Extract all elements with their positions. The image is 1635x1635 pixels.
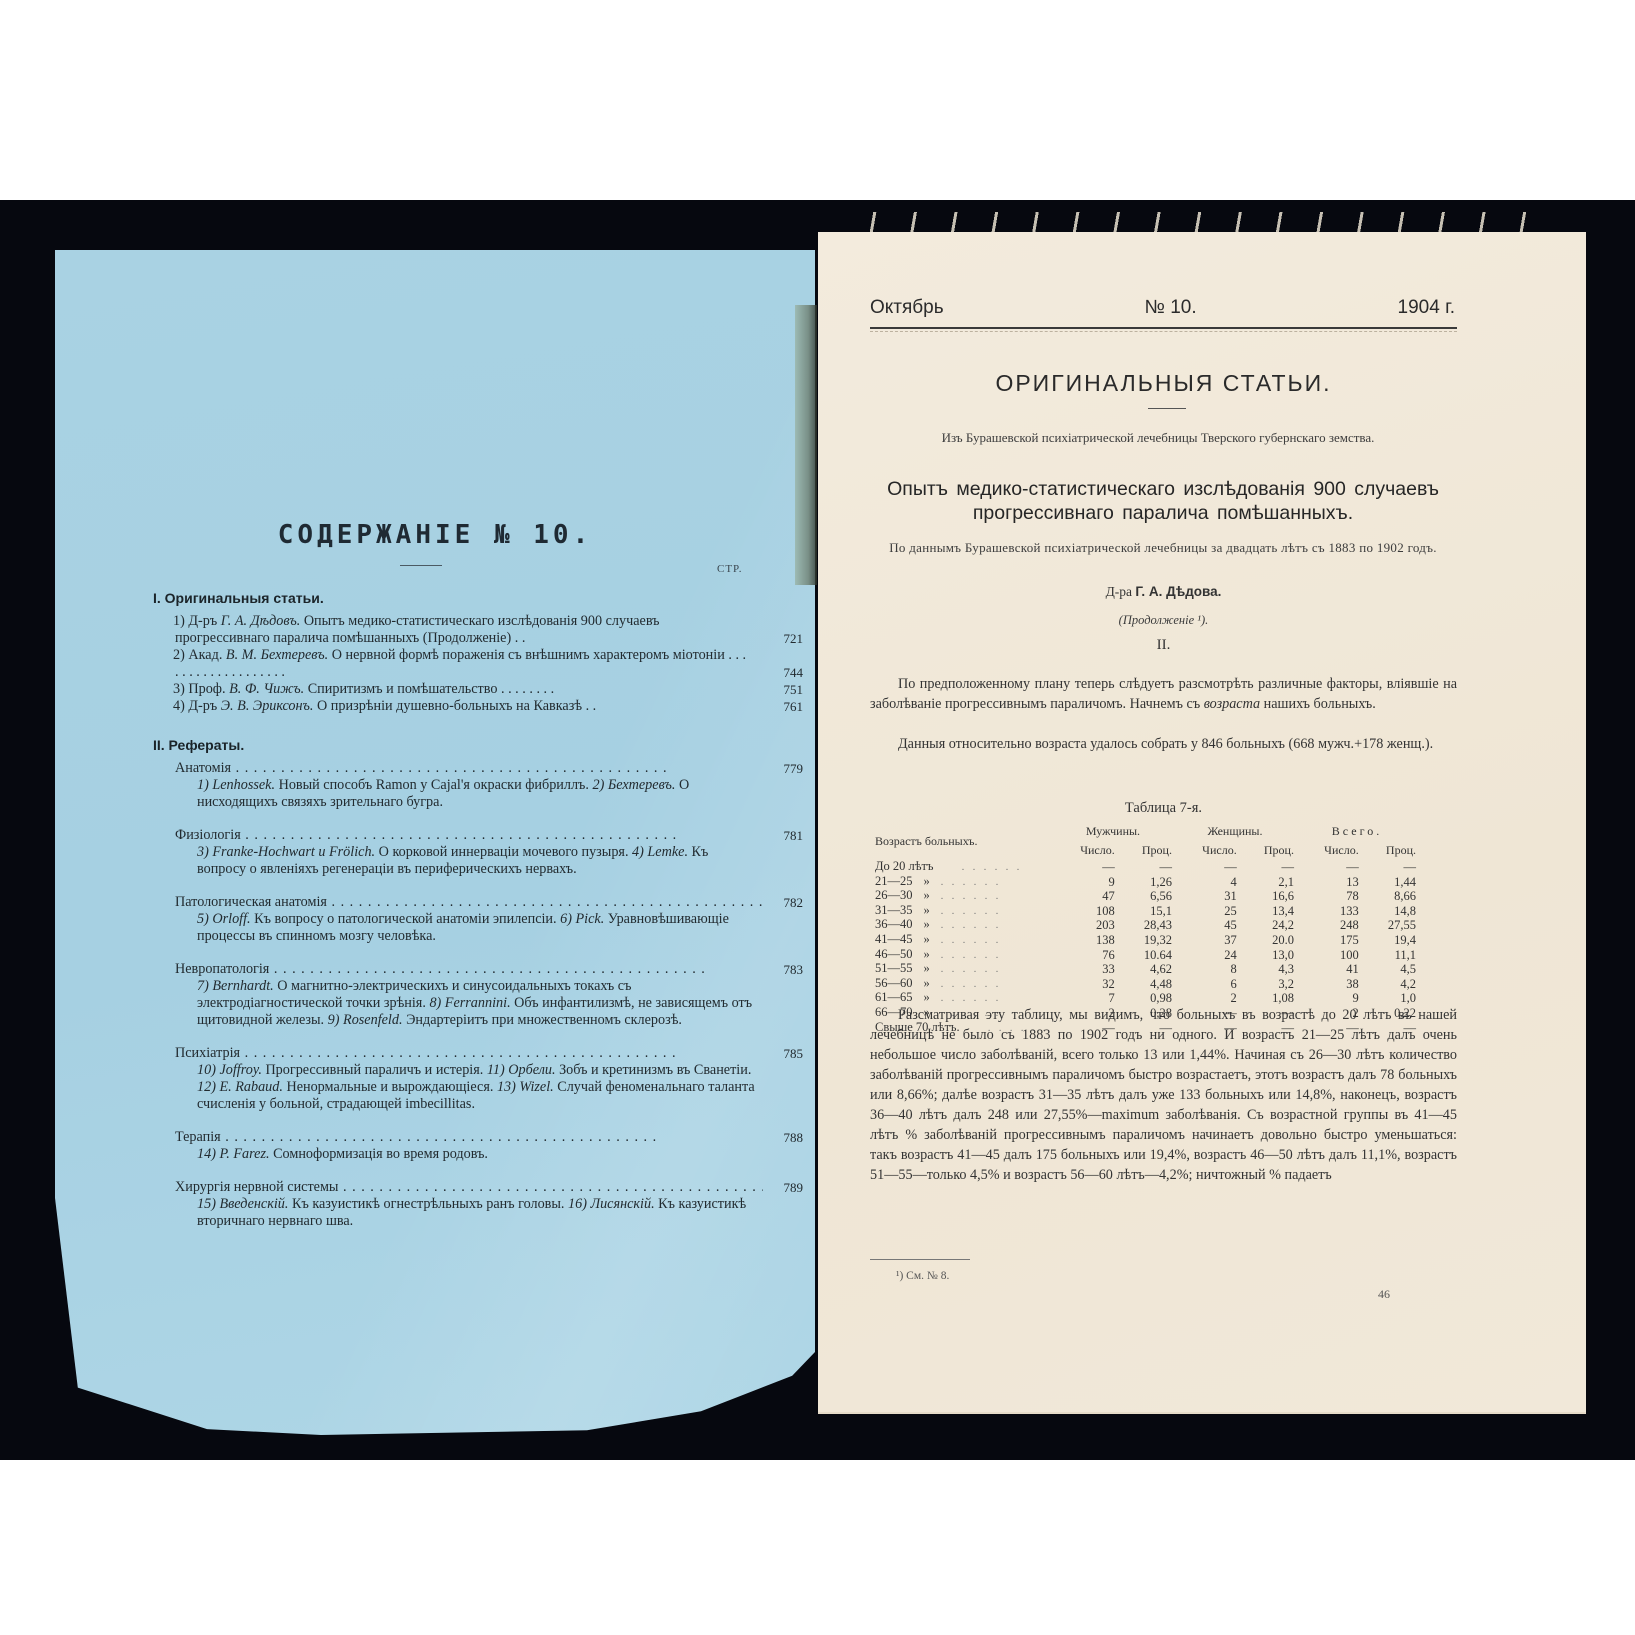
table-subheader: Проц. <box>1361 841 1418 860</box>
table-cell: 13,4 <box>1239 904 1296 919</box>
age-cell: 36—40 » . . . . . . <box>873 918 1052 933</box>
abstract-item: 14) P. Farez. Сомноформизація во время р… <box>197 1146 488 1162</box>
table-cell: 19,4 <box>1361 933 1418 948</box>
toc-entry-text: 4) Д-ръ Э. В. Эриксонъ. О призрѣніи душе… <box>175 698 763 715</box>
table-cell: 19,32 <box>1117 933 1174 948</box>
table-cell: 4,62 <box>1117 962 1174 977</box>
toc-entry-page: 744 <box>763 664 803 681</box>
abstract-category: Невропатологія783 <box>153 961 803 978</box>
abstract-item: 15) Введенскій. Къ казуистикѣ огнестрѣль… <box>197 1196 564 1212</box>
table-subheader: Проц. <box>1239 841 1296 860</box>
table-cell: 15,1 <box>1117 904 1174 919</box>
table-cell: 9 <box>1296 991 1361 1006</box>
table-subheader: Проц. <box>1117 841 1174 860</box>
category-page: 779 <box>763 760 803 777</box>
table-cell: 14,8 <box>1361 904 1418 919</box>
table-cell: 6 <box>1174 977 1239 992</box>
table-cell: 1,0 <box>1361 991 1418 1006</box>
part-number: II. <box>870 637 1457 654</box>
table-row: 41—45 » . . . . . .13819,323720.017519,4 <box>873 933 1418 948</box>
contents-title: СОДЕРЖАНІЕ № 10. <box>55 520 815 550</box>
table-cell: 7 <box>1052 991 1117 1006</box>
toc-entry-author: Э. В. Эриксонъ. <box>221 698 314 714</box>
article-title: Опытъ медико-статистическаго изслѣдовані… <box>858 477 1468 525</box>
title-divider <box>400 565 442 566</box>
category-page: 783 <box>763 961 803 978</box>
author-line: Д-ра Г. А. Дѣдова. <box>870 584 1457 600</box>
table-cell: 32 <box>1052 977 1117 992</box>
table-cell: 38 <box>1296 977 1361 992</box>
age-column-header: Возрастъ больныхъ. <box>873 822 1052 860</box>
header-issue: № 10. <box>1145 297 1197 319</box>
continuation-note: (Продолженіе ¹). <box>870 613 1457 628</box>
group-header-women: Женщины. <box>1174 822 1296 841</box>
abstract-item: 12) E. Rabaud. Ненормальные и вырождающі… <box>197 1079 493 1095</box>
abstract-category: Патологическая анатомія782 <box>153 894 803 911</box>
abstract-item: 5) Orloff. Къ вопросу о патологической а… <box>197 911 557 927</box>
abstract-item: 11) Орбели. Зобъ и кретинизмъ въ Сванеті… <box>487 1062 752 1078</box>
table-row: 46—50 » . . . . . .7610.642413,010011,1 <box>873 948 1418 963</box>
toc-entry-author: В. М. Бехтеревъ. <box>226 647 328 663</box>
table-cell: 27,55 <box>1361 918 1418 933</box>
table-cell: 24 <box>1174 948 1239 963</box>
emphasis-age: возраста <box>1204 696 1260 712</box>
table-cell: 1,26 <box>1117 875 1174 890</box>
author-name: Г. А. Дѣдова. <box>1135 584 1221 599</box>
toc-entry-text: 1) Д-ръ Г. А. Дѣдовъ. Опытъ медико-стати… <box>175 613 763 647</box>
category-items: 1) Lenhossek. Новый способъ Ramon y Caja… <box>153 777 803 811</box>
table-cell: 1,44 <box>1361 875 1418 890</box>
table-row: До 20 лѣтъ . . . . . .—————— <box>873 860 1418 875</box>
author-prefix: Д-ра <box>1106 584 1132 599</box>
contents-page: СОДЕРЖАНІЕ № 10. СТР. I. Оригинальныя ст… <box>55 250 815 1435</box>
toc-entry-text: 3) Проф. В. Ф. Чижъ. Спиритизмъ и помѣша… <box>175 681 763 698</box>
category-items: 14) P. Farez. Сомноформизація во время р… <box>153 1146 803 1163</box>
header-rule-shadow <box>870 331 1457 333</box>
group-header-total: Всего. <box>1296 822 1418 841</box>
category-name: Патологическая анатомія <box>175 894 763 911</box>
data-source-line: По даннымъ Бурашевской психіатрической л… <box>863 540 1463 555</box>
age-cell: 56—60 » . . . . . . <box>873 977 1052 992</box>
table-cell: 13 <box>1296 875 1361 890</box>
table-cell: 0,98 <box>1117 991 1174 1006</box>
age-cell: 21—25 » . . . . . . <box>873 875 1052 890</box>
abstract-item: 10) Joffroy. Прогрессивный параличъ и ис… <box>197 1062 483 1078</box>
table-cell: 4,5 <box>1361 962 1418 977</box>
page-number: 46 <box>1378 1287 1390 1302</box>
table-cell: 10.64 <box>1117 948 1174 963</box>
institution-line: Изъ Бурашевской психіатрической лечебниц… <box>878 430 1438 445</box>
table-cell: 248 <box>1296 918 1361 933</box>
page-column-label: СТР. <box>717 563 743 575</box>
table-cell: 20.0 <box>1239 933 1296 948</box>
table-cell: — <box>1296 860 1361 875</box>
category-page: 789 <box>763 1179 803 1196</box>
table-cell: 4,3 <box>1239 962 1296 977</box>
toc-entry-page: 751 <box>763 681 803 698</box>
table-row: 26—30 » . . . . . .476,563116,6788,66 <box>873 889 1418 904</box>
contents-list: I. Оригинальныя статьи. 1) Д-ръ Г. А. Дѣ… <box>153 590 803 1230</box>
table-row: 61—65 » . . . . . .70,9821,0891,0 <box>873 991 1418 1006</box>
table-cell: 37 <box>1174 933 1239 948</box>
abstract-category: Психіатрія785 <box>153 1045 803 1062</box>
group-header-men: Мужчины. <box>1052 822 1174 841</box>
category-items: 7) Bernhardt. О магнитно-электрическихъ … <box>153 978 803 1029</box>
table-cell: 25 <box>1174 904 1239 919</box>
category-items: 5) Orloff. Къ вопросу о патологической а… <box>153 911 803 945</box>
abstract-category: Физіологія781 <box>153 827 803 844</box>
table-row: 21—25 » . . . . . .91,2642,1131,44 <box>873 875 1418 890</box>
table-cell: 2 <box>1174 991 1239 1006</box>
table-cell: 8 <box>1174 962 1239 977</box>
toc-entry: 3) Проф. В. Ф. Чижъ. Спиритизмъ и помѣша… <box>153 681 803 698</box>
running-header: Октябрь № 10. 1904 г. <box>870 297 1455 319</box>
paragraph-intro-tail: нашихъ больныхъ. <box>1260 696 1376 712</box>
paragraph-data-text: Данныя относительно возраста удалось соб… <box>898 736 1433 752</box>
table-cell: 9 <box>1052 875 1117 890</box>
age-cell: 51—55 » . . . . . . <box>873 962 1052 977</box>
category-items: 10) Joffroy. Прогрессивный параличъ и ис… <box>153 1062 803 1113</box>
table-cell: — <box>1361 860 1418 875</box>
toc-entry-author: В. Ф. Чижъ. <box>229 681 304 697</box>
table-cell: 4,2 <box>1361 977 1418 992</box>
table-cell: 1,08 <box>1239 991 1296 1006</box>
abstract-item: 3) Franke-Hochwart и Frölich. О корковой… <box>197 844 629 860</box>
category-name: Невропатологія <box>175 961 763 978</box>
category-items: 3) Franke-Hochwart и Frölich. О корковой… <box>153 844 803 878</box>
table-cell: 108 <box>1052 904 1117 919</box>
abstracts-list: Анатомія7791) Lenhossek. Новый способъ R… <box>153 760 803 1230</box>
table-subheader: Число. <box>1296 841 1361 860</box>
category-name: Анатомія <box>175 760 763 777</box>
table-cell: 2,1 <box>1239 875 1296 890</box>
abstract-item: 1) Lenhossek. Новый способъ Ramon y Caja… <box>197 777 589 793</box>
table-cell: 41 <box>1296 962 1361 977</box>
abstract-category: Терапія788 <box>153 1129 803 1146</box>
category-page: 788 <box>763 1129 803 1146</box>
age-cell: 41—45 » . . . . . . <box>873 933 1052 948</box>
table-cell: 3,2 <box>1239 977 1296 992</box>
toc-entry-author: Г. А. Дѣдовъ. <box>221 613 301 629</box>
header-month: Октябрь <box>870 297 944 319</box>
footnote: ¹) См. № 8. <box>896 1270 949 1282</box>
table-row: 51—55 » . . . . . .334,6284,3414,5 <box>873 962 1418 977</box>
table-cell: 33 <box>1052 962 1117 977</box>
table-cell: — <box>1117 860 1174 875</box>
category-name: Терапія <box>175 1129 763 1146</box>
table-cell: — <box>1174 860 1239 875</box>
table-cell: 175 <box>1296 933 1361 948</box>
header-year: 1904 г. <box>1398 297 1455 319</box>
table-row: 31—35 » . . . . . .10815,12513,413314,8 <box>873 904 1418 919</box>
header-rule <box>870 327 1457 329</box>
paragraph-data: Данныя относительно возраста удалось соб… <box>870 734 1457 754</box>
abstract-category: Хирургія нервной системы789 <box>153 1179 803 1196</box>
toc-entry: 4) Д-ръ Э. В. Эриксонъ. О призрѣніи душе… <box>153 698 803 715</box>
torn-spine <box>795 305 817 585</box>
table-cell: 28,43 <box>1117 918 1174 933</box>
table-cell: 45 <box>1174 918 1239 933</box>
category-name: Хирургія нервной системы <box>175 1179 763 1196</box>
table-cell: 4 <box>1174 875 1239 890</box>
toc-entry: 1) Д-ръ Г. А. Дѣдовъ. Опытъ медико-стати… <box>153 613 803 647</box>
article-title-line-1: Опытъ медико-статистическаго изслѣдовані… <box>858 477 1468 501</box>
table-cell: 76 <box>1052 948 1117 963</box>
table-cell: 8,66 <box>1361 889 1418 904</box>
table-row: 36—40 » . . . . . .20328,434524,224827,5… <box>873 918 1418 933</box>
section-heading-original-articles: I. Оригинальныя статьи. <box>153 590 803 607</box>
age-cell: 46—50 » . . . . . . <box>873 948 1052 963</box>
footnote-rule <box>870 1259 970 1260</box>
table-cell: 78 <box>1296 889 1361 904</box>
table-cell: 138 <box>1052 933 1117 948</box>
table-cell: 100 <box>1296 948 1361 963</box>
table-cell: 4,48 <box>1117 977 1174 992</box>
article-title-line-2: прогрессивнаго паралича помѣшанныхъ. <box>858 501 1468 525</box>
table-subheader: Число. <box>1174 841 1239 860</box>
abstract-item: 9) Rosenfeld. Эндартеріитъ при множестве… <box>328 1012 682 1028</box>
paragraph-analysis: Разсматривая эту таблицу, мы видимъ, что… <box>870 1005 1457 1185</box>
table-cell: 47 <box>1052 889 1117 904</box>
age-table: Возрастъ больныхъ. Мужчины. Женщины. Все… <box>873 822 1418 1035</box>
original-articles-list: 1) Д-ръ Г. А. Дѣдовъ. Опытъ медико-стати… <box>153 613 803 715</box>
table-cell: — <box>1052 860 1117 875</box>
table-cell: 133 <box>1296 904 1361 919</box>
category-page: 781 <box>763 827 803 844</box>
paragraph-analysis-text: Разсматривая эту таблицу, мы видимъ, что… <box>870 1007 1457 1183</box>
category-page: 785 <box>763 1045 803 1062</box>
paragraph-intro: По предположенному плану теперь слѣдуетъ… <box>870 674 1457 714</box>
toc-entry-page: 721 <box>763 630 803 647</box>
table-row: 56—60 » . . . . . .324,4863,2384,2 <box>873 977 1418 992</box>
table-cell: 16,6 <box>1239 889 1296 904</box>
category-page: 782 <box>763 894 803 911</box>
category-items: 15) Введенскій. Къ казуистикѣ огнестрѣль… <box>153 1196 803 1230</box>
table-subheader: Число. <box>1052 841 1117 860</box>
section-title: ОРИГИНАЛЬНЫЯ СТАТЬИ. <box>870 370 1457 397</box>
category-name: Психіатрія <box>175 1045 763 1062</box>
abstract-category: Анатомія779 <box>153 760 803 777</box>
table-cell: 11,1 <box>1361 948 1418 963</box>
age-cell: 26—30 » . . . . . . <box>873 889 1052 904</box>
age-cell: 31—35 » . . . . . . <box>873 904 1052 919</box>
table-cell: 203 <box>1052 918 1117 933</box>
table-title: Таблица 7-я. <box>870 800 1457 817</box>
toc-entry: 2) Акад. В. М. Бехтеревъ. О нервной форм… <box>153 647 803 681</box>
category-name: Физіологія <box>175 827 763 844</box>
section-heading-abstracts: II. Рефераты. <box>153 737 803 754</box>
toc-entry-page: 761 <box>763 698 803 715</box>
toc-entry-text: 2) Акад. В. М. Бехтеревъ. О нервной форм… <box>175 647 763 681</box>
age-cell: До 20 лѣтъ . . . . . . <box>873 860 1052 875</box>
article-page: Октябрь № 10. 1904 г. ОРИГИНАЛЬНЫЯ СТАТЬ… <box>818 232 1586 1412</box>
age-cell: 61—65 » . . . . . . <box>873 991 1052 1006</box>
table-cell: — <box>1239 860 1296 875</box>
table-cell: 6,56 <box>1117 889 1174 904</box>
table-cell: 13,0 <box>1239 948 1296 963</box>
section-divider <box>1148 408 1186 409</box>
table-cell: 24,2 <box>1239 918 1296 933</box>
table-cell: 31 <box>1174 889 1239 904</box>
